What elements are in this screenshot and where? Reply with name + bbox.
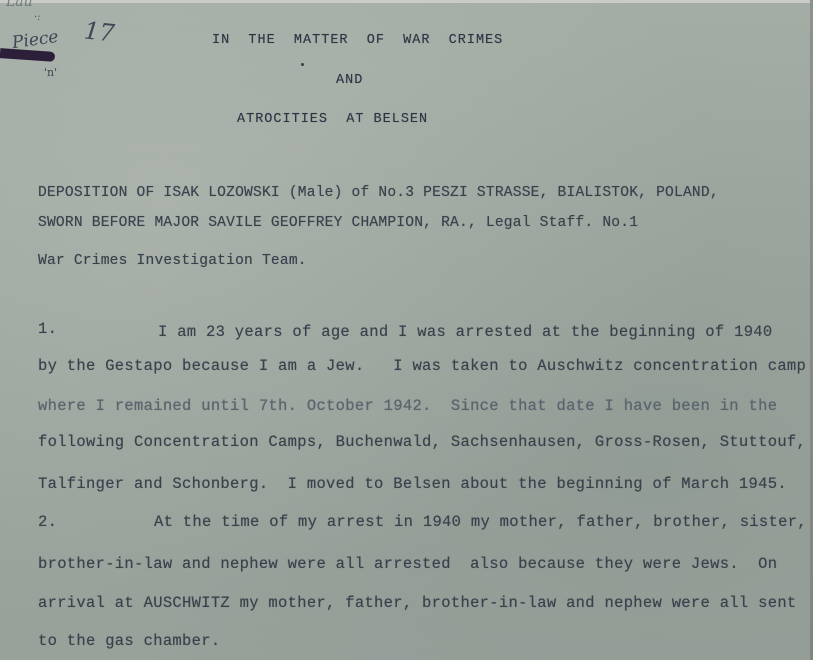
stray-dot	[301, 63, 304, 66]
paragraph-2-line-3: arrival at AUSCHWITZ my mother, father, …	[38, 594, 797, 612]
paragraph-1-line-3: where I remained until 7th. October 1942…	[38, 397, 777, 415]
marginal-dots: ·:	[34, 12, 41, 23]
paragraph-1-number: 1.	[38, 320, 57, 338]
title-line-1: IN THE MATTER OF WAR CRIMES	[212, 33, 503, 48]
paragraph-2-line-2: brother-in-law and nephew were all arres…	[38, 555, 777, 573]
paragraph-2-number: 2.	[38, 513, 57, 531]
paragraph-2-line-1: At the time of my arrest in 1940 my moth…	[154, 513, 807, 531]
sworn-before-line: SWORN BEFORE MAJOR SAVILE GEOFFREY CHAMP…	[38, 215, 638, 231]
deposition-heading: DEPOSITION OF ISAK LOZOWSKI (Male) of No…	[38, 185, 719, 201]
ink-blot	[0, 48, 55, 62]
handwritten-page-number: 17	[83, 16, 116, 47]
paragraph-1-line-4: following Concentration Camps, Buchenwal…	[38, 433, 806, 451]
marginal-scribble: Lau	[6, 0, 33, 10]
title-line-2: AND	[336, 73, 363, 88]
page-top-edge	[0, 0, 813, 3]
paragraph-1-line-1: I am 23 years of age and I was arrested …	[158, 323, 773, 341]
document-page: Lau ·: Piece 17 'n' IN THE MATTER OF WAR…	[0, 0, 813, 660]
paragraph-2-line-4: to the gas chamber.	[38, 632, 220, 650]
title-line-3: ATROCITIES AT BELSEN	[237, 112, 428, 127]
stamp-mark: 'n'	[44, 66, 57, 79]
team-line: War Crimes Investigation Team.	[38, 253, 307, 269]
paragraph-1-line-5: Talfinger and Schonberg. I moved to Bels…	[38, 475, 787, 493]
paragraph-1-line-2: by the Gestapo because I am a Jew. I was…	[38, 357, 806, 375]
